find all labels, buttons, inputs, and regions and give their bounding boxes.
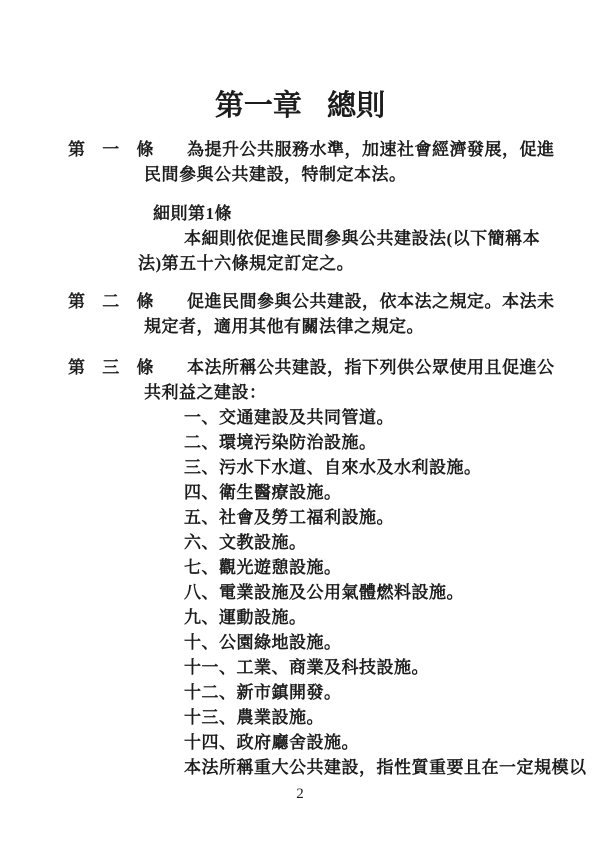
article-1-text: 為提升公共服務水準，加速社會經濟發展，促進	[187, 137, 555, 162]
list-item: 四、衛生醫療設施。	[184, 480, 600, 505]
chapter-title: 第一章 總則	[0, 0, 600, 122]
list-item: 十四、政府廳舍設施。	[184, 730, 600, 755]
list-item: 三、污水下水道、自來水及水利設施。	[184, 455, 600, 480]
article-2: 第 二 條促進民間參與公共建設，依本法之規定。本法未 規定者，適用其他有關法律之…	[0, 289, 600, 339]
article-2-label: 第 二 條	[68, 292, 154, 311]
document-page: 第一章 總則 第 一 條為提升公共服務水準，加速社會經濟發展，促進 民間參與公共…	[0, 0, 600, 848]
list-item: 十二、新市鎮開發。	[184, 680, 600, 705]
rule-note-line-2: 法)第五十六條規定訂定之。	[138, 251, 600, 276]
list-item: 二、環境污染防治設施。	[184, 430, 600, 455]
list-item: 九、運動設施。	[184, 605, 600, 630]
article-2-line-1: 第 二 條促進民間參與公共建設，依本法之規定。本法未	[68, 289, 600, 314]
article-3: 第 三 條本法所稱公共建設，指下列供公眾使用且促進公 共利益之建設： 一、交通建…	[0, 355, 600, 780]
article-3-text: 本法所稱公共建設，指下列供公眾使用且促進公	[187, 355, 555, 380]
rule-note: 細則第1條 本細則依促進民間參與公共建設法(以下簡稱本 法)第五十六條規定訂定之…	[0, 201, 600, 276]
page-number: 2	[0, 786, 600, 803]
list-item: 十一、工業、商業及科技設施。	[184, 655, 600, 680]
article-3-label: 第 三 條	[68, 358, 154, 377]
closing-line: 本法所稱重大公共建設，指性質重要且在一定規模以	[184, 755, 600, 780]
list-item: 六、文教設施。	[184, 530, 600, 555]
list-item: 十三、農業設施。	[184, 705, 600, 730]
article-1-line-2: 民間參與公共建設，特制定本法。	[144, 162, 600, 187]
article-3-line-1: 第 三 條本法所稱公共建設，指下列供公眾使用且促進公	[68, 355, 600, 380]
article-3-line-2: 共利益之建設：	[144, 380, 600, 405]
rule-note-label: 細則第1條	[153, 201, 600, 226]
article-2-text: 促進民間參與公共建設，依本法之規定。本法未	[187, 289, 555, 314]
list-item: 一、交通建設及共同管道。	[184, 405, 600, 430]
article-1: 第 一 條為提升公共服務水準，加速社會經濟發展，促進 民間參與公共建設，特制定本…	[0, 137, 600, 187]
article-2-line-2: 規定者，適用其他有關法律之規定。	[144, 314, 600, 339]
list-item: 五、社會及勞工福利設施。	[184, 505, 600, 530]
list-item: 十、公園綠地設施。	[184, 630, 600, 655]
list-item: 七、觀光遊憩設施。	[184, 555, 600, 580]
article-1-line-1: 第 一 條為提升公共服務水準，加速社會經濟發展，促進	[68, 137, 600, 162]
list-item: 八、電業設施及公用氣體燃料設施。	[184, 580, 600, 605]
rule-note-line-1: 本細則依促進民間參與公共建設法(以下簡稱本	[184, 226, 600, 251]
article-1-label: 第 一 條	[68, 140, 154, 159]
